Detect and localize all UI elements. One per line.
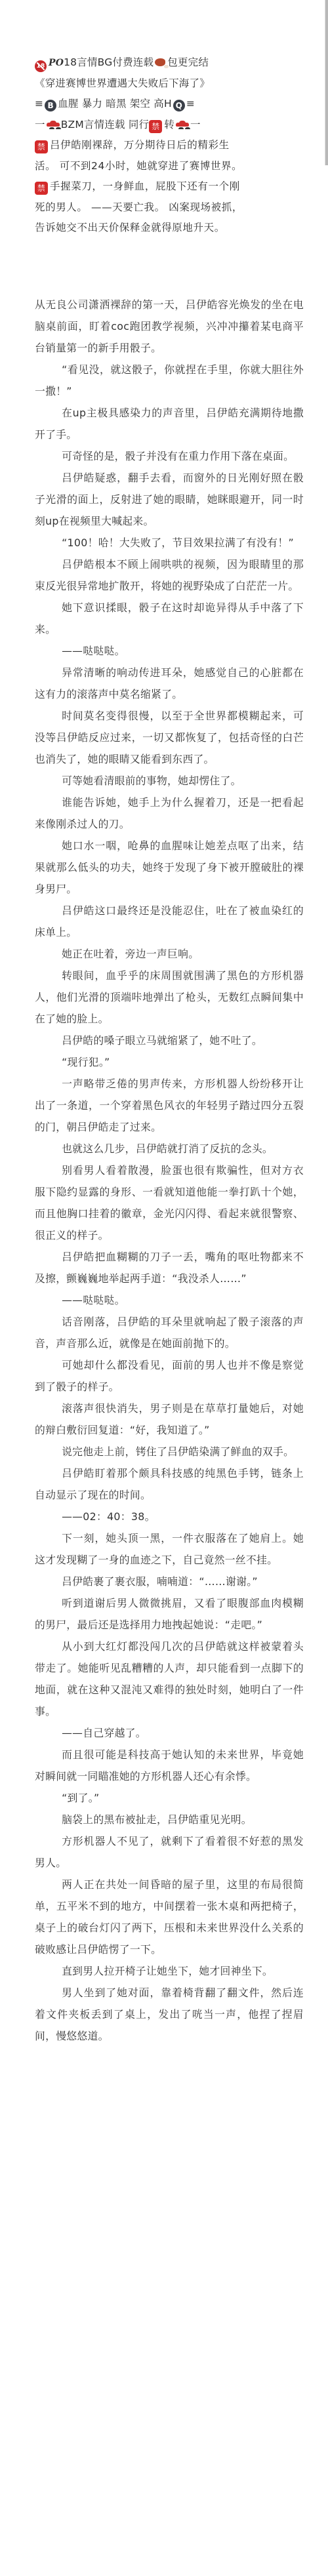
story-paragraph: 可等她看清眼前的事物，她却愣住了。 (35, 770, 304, 792)
story-paragraph: 而且很可能是科技高于她认知的未来世界，毕竟她对瞬间就一同瞄准她的方形机器人还心有… (35, 1744, 304, 1787)
story-paragraph: 一声略带乏倦的男声传来，方形机器人纷纷移开让出了一条道，一个穿着黑色风衣的年轻男… (35, 1073, 304, 1138)
tags-suffix: ≡ (186, 98, 195, 110)
story-paragraph: 吕伊皓把血糊糊的刀子一丢，嘴角的呕吐物都来不及擦，颤巍巍地举起两手道：“我没杀人… (35, 1246, 304, 1289)
story-paragraph: “到了。” (35, 1787, 304, 1809)
circled-b-icon: B (45, 100, 56, 111)
source-line: 一BZM言情连载 同行禁转一 (35, 115, 304, 136)
blurb-text: 手握菜刀，一身鲜血，屁股下还有一个刚 (50, 180, 240, 192)
story-paragraph: ——02：40：38。 (35, 1506, 304, 1527)
blurb-line: 死的男人。 ——天要亡我。 凶案现场被抓， (35, 197, 304, 218)
story-paragraph: 说完他走上前，铐住了吕伊皓染满了鲜血的双手。 (35, 1441, 304, 1462)
story-paragraph: 吕伊皓疑惑，翻手去看，而窗外的日光刚好照在骰子光滑的面上，反射进了她的眼睛，她眯… (35, 467, 304, 532)
story-paragraph: 也就这么几步，吕伊皓就打消了反抗的念头。 (35, 1138, 304, 1159)
story-paragraph: 滚落声很快消失，男子则是在草草打量她后，对她的辩白敷衍回复道：“好，我知道了。” (35, 1398, 304, 1441)
blurb-line: 活。 可不到24小时，她就穿进了赛博世界。 (35, 156, 304, 177)
circled-q-icon: Q (173, 100, 185, 111)
story-paragraph: 吕伊皓裹了裹衣服，喃喃道：“……谢谢。” (35, 1571, 304, 1592)
story-paragraph: 男人坐到了她对面，靠着椅背翻了翻文件，然后连着文件夹板丢到了桌上，发出了咣当一声… (35, 1982, 304, 2047)
scrollbar-thumb[interactable] (325, 0, 328, 165)
story-paragraph: 两人正在共处一间昏暗的屋子里，这里的布局很简单，五平米不到的地方，中间摆着一张木… (35, 1874, 304, 1960)
blurb-line: 禁手握菜刀，一身鲜血，屁股下还有一个刚 (35, 176, 304, 197)
intro-header-suffix: 包更完结 (167, 56, 209, 68)
blurb-text: 告诉她交不出天价保释金就得原地升天。 (35, 222, 225, 233)
story-paragraph: 在up主极具感染力的声音里，吕伊皓充满期待地撒开了手。 (35, 402, 304, 445)
genre-tags: 血腥 暴力 暗黑 架空 高H (58, 98, 172, 110)
no-under-18-icon: 18 (35, 60, 47, 72)
story-paragraph: 方形机器人不见了，就剩下了看着很不好惹的黑发男人。 (35, 1830, 304, 1874)
source-text: BZM言情连载 同行 (61, 119, 150, 131)
story-body: 从无良公司潇洒裸辞的第一天，吕伊皓容光焕发的坐在电脑桌前面，盯着coc跑团教学视… (35, 294, 304, 2047)
story-paragraph: 直到男人拉开椅子让她坐下，她才回神坐下。 (35, 1960, 304, 1982)
story-paragraph: ——哒哒哒。 (35, 640, 304, 662)
story-paragraph: 时间莫名变得很慢，以至于全世界都模糊起来，可没等吕伊皓反应过来，一切又都恢复了，… (35, 705, 304, 770)
blurb-line: 禁吕伊皓刚裸辞，万分期待日后的精彩生 (35, 135, 304, 156)
po-tag: PO (49, 58, 64, 68)
story-paragraph: 异常清晰的响动传进耳朵，她感觉自己的心脏都在这有力的滚落声中莫名缩紧了。 (35, 662, 304, 705)
story-paragraph: 下一刻，她头顶一黑，一件衣服落在了她肩上。她这才发现糊了一身的血迹之下，自己竟然… (35, 1527, 304, 1571)
story-paragraph: 从无良公司潇洒裸辞的第一天，吕伊皓容光焕发的坐在电脑桌前面，盯着coc跑团教学视… (35, 294, 304, 359)
book-title: 《穿进赛博世界遭遇大失败后下海了》 (35, 73, 304, 94)
story-paragraph: 话音刚落，吕伊皓的耳朵里就响起了骰子滚落的声音，声音那么近，就像是在她面前抛下的… (35, 1311, 304, 1354)
intro-header-text: 18言情BG付费连载 (64, 56, 154, 68)
blurb-text: 死的男人。 ——天要亡我。 凶案现场被抓， (35, 201, 243, 213)
prohibited-badge-icon: 禁 (35, 182, 48, 195)
story-paragraph: 她下意识揉眼，骰子在这时却诡异得从手中落了下来。 (35, 597, 304, 640)
intro-block: 18PO18言情BG付费连载包更完结 《穿进赛博世界遭遇大失败后下海了》 ≡B血… (35, 52, 304, 239)
story-paragraph: 吕伊皓这口最终还是没能忍住，吐在了被血染红的床单上。 (35, 900, 304, 943)
intro-header-line: 18PO18言情BG付费连载包更完结 (35, 52, 304, 73)
story-paragraph: 脑袋上的黑布被扯走，吕伊皓重见光明。 (35, 1809, 304, 1830)
red-car-icon (47, 121, 60, 129)
story-paragraph: “现行犯。” (35, 1051, 304, 1073)
story-paragraph: 可奇怪的是，骰子并没有在重力作用下落在桌面。 (35, 445, 304, 467)
story-paragraph: 可她却什么都没看见，面前的男人也并不像是察觉到了骰子的样子。 (35, 1354, 304, 1398)
story-paragraph: “看见没，就这骰子，你就捏在手里，你就大胆往外一撒！” (35, 359, 304, 402)
story-paragraph: 听到道谢后男人微微挑眉，又看了眼腹部血肉模糊的男尸，最后还是选择用力地拽起她说：… (35, 1592, 304, 1636)
blurb-text: 吕伊皓刚裸辞，万分期待日后的精彩生 (50, 139, 230, 151)
tags-prefix: ≡ (35, 98, 43, 110)
source-suffix: 一 (190, 119, 201, 131)
story-paragraph: “100！哈！大失败了，节目效果拉满了有没有！” (35, 532, 304, 553)
story-paragraph: 吕伊皓根本不顾上闹哄哄的视频，因为眼睛里的那束反光很异常地扩散开，将她的视野染成… (35, 553, 304, 597)
source-after: 转 (164, 119, 174, 131)
story-paragraph: 转眼间，血乎乎的床周围就围满了黑色的方形机器人，他们光滑的顶端咔地弹出了枪头，无… (35, 965, 304, 1030)
prohibited-badge-icon: 禁 (149, 120, 162, 133)
genre-tags-line: ≡B血腥 暴力 暗黑 架空 高HQ≡ (35, 94, 304, 115)
story-paragraph: 别看男人看着散漫，脸蛋也很有欺骗性，但对方衣服下隐约显露的身形、一看就知道他能一… (35, 1159, 304, 1246)
story-paragraph: 谁能告诉她，她手上为什么握着刀，还是一把看起来像刚杀过人的刀。 (35, 792, 304, 835)
story-paragraph: 吕伊皓的嗓子眼立马就缩紧了，她不吐了。 (35, 1030, 304, 1051)
meat-on-bone-icon (155, 58, 165, 66)
story-paragraph: 从小到大红灯都没闯几次的吕伊皓就这样被蒙着头带走了。她能听见乱糟糟的人声，却只能… (35, 1636, 304, 1722)
story-paragraph: 她正在吐着，旁边一声巨响。 (35, 943, 304, 965)
blurb-text: 活。 可不到24小时，她就穿进了赛博世界。 (35, 160, 242, 172)
red-car-icon (176, 121, 189, 129)
story-paragraph: ——自己穿越了。 (35, 1722, 304, 1744)
prohibited-badge-icon: 禁 (35, 140, 48, 153)
story-paragraph: 吕伊皓盯着那个颇具科技感的纯黑色手铐，链条上自动显示了现在的时间。 (35, 1462, 304, 1506)
story-paragraph: ——哒哒哒。 (35, 1289, 304, 1311)
blurb-line: 告诉她交不出天价保释金就得原地升天。 (35, 218, 304, 239)
story-paragraph: 她口水一咽，呛鼻的血腥味让她差点呕了出来，结果就那么低头的功夫，她终于发现了身下… (35, 835, 304, 900)
source-prefix: 一 (35, 119, 45, 131)
